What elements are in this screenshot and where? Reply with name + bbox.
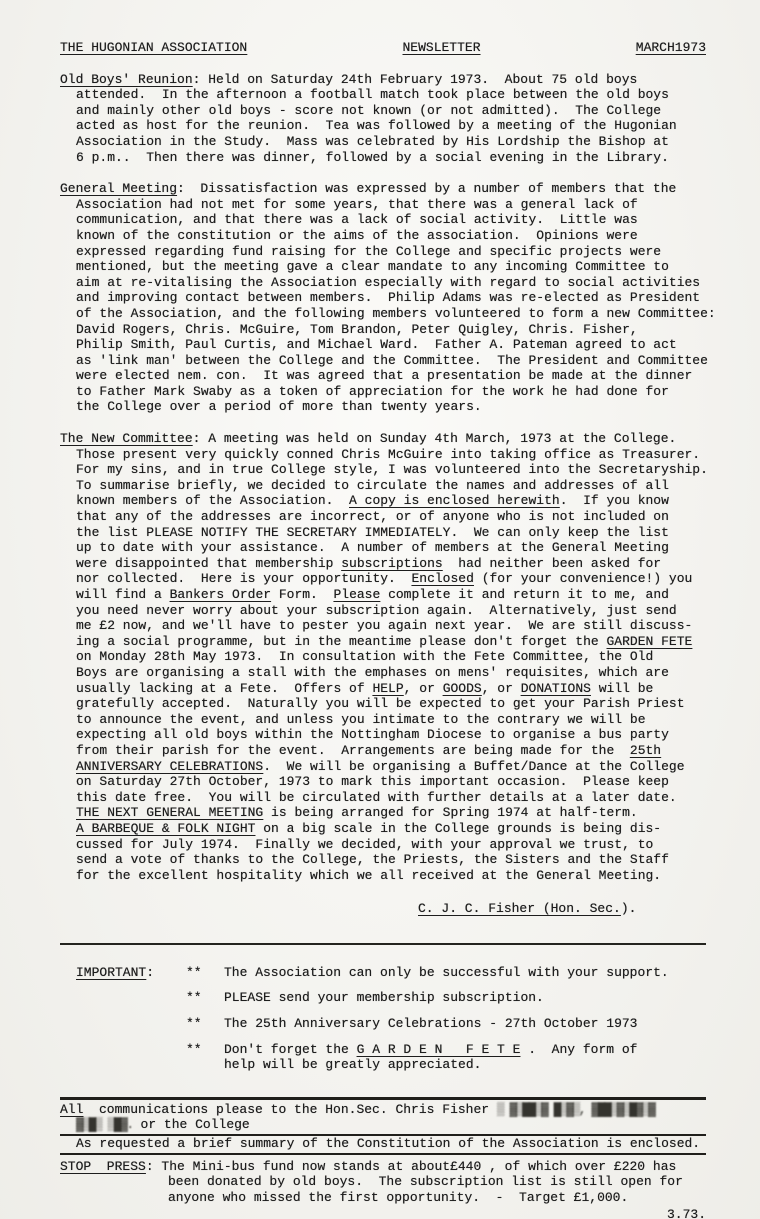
text-segment: up to date with your assistance. A numbe… [76,540,669,555]
text-segment: , or [404,681,443,696]
text-line: expressed regarding fund raising for the… [76,244,706,260]
text-segment: complete it and return it to me, and [380,587,669,602]
text-segment: . If you know [560,493,669,508]
text-segment: Form. [271,587,333,602]
text-line: To summarise briefly, we decided to circ… [76,478,706,494]
header-newsletter-title: NEWSLETTER [403,40,481,56]
page-code: 3.73. [60,1207,706,1219]
text-line: STOP PRESS: The Mini-bus fund now stands… [60,1159,706,1175]
text-segment: anyone who missed the first opportunity.… [168,1190,628,1205]
text-line: and improving contact between members. P… [76,290,706,306]
text-line: for the excellent hospitality which we a… [76,868,706,884]
text-segment: communication, and that there was a lack… [76,212,638,227]
text-segment: as 'link man' between the College and th… [76,353,708,368]
text-line: expecting all old boys within the Nottin… [76,727,706,743]
text-line: known members of the Association. A copy… [76,493,706,509]
text-line: usually lacking at a Fete. Offers of HEL… [76,681,706,697]
text-segment: been donated by old boys. The subscripti… [168,1174,683,1189]
text-segment: nor collected. Here is your opportunity. [76,571,411,586]
newsletter-page: THE HUGONIAN ASSOCIATION NEWSLETTER MARC… [0,0,760,1219]
text-line: 6 p.m.. Then there was dinner, followed … [76,150,706,166]
text-segment: To summarise briefly, we decided to circ… [76,478,669,493]
text-segment: The New Committee [60,431,193,446]
text-segment: on a big scale in the College grounds is… [255,821,661,836]
bullet-stars: ** [186,990,224,1006]
text-line: were elected nem. con. It was agreed tha… [76,368,706,384]
text-line: help will be greatly appreciated. [224,1057,637,1073]
text-segment: Association had not met for some years, … [76,197,638,212]
text-line: and mainly other old boys - score not kn… [76,103,706,119]
text-segment: Boys are organising a stall with the emp… [76,665,669,680]
text-segment: will find a [76,587,170,602]
important-items: **The Association can only be successful… [186,965,706,1083]
text-segment: of the Association, and the following me… [76,306,716,321]
text-segment: DONATIONS [521,681,591,696]
text-segment: ing a social programme, but in the meant… [76,634,607,649]
text-segment: For my sins, and in true College style, … [76,462,708,477]
important-label: IMPORTANT: [76,965,186,1083]
text-segment: All [60,1102,83,1117]
text-segment: ). [621,901,637,916]
text-line: The Association can only be successful w… [224,965,669,981]
constitution-note-text: As requested a brief summary of the Cons… [60,1136,700,1151]
text-segment: on Monday 28th May 1973. In consultation… [76,649,653,664]
text-segment: Bankers Order [170,587,271,602]
text-line: to announce the event, and unless you in… [76,712,706,728]
text-line: up to date with your assistance. A numbe… [76,540,706,556]
paragraph-new-committee: The New Committee: A meeting was held on… [60,431,706,883]
text-segment: subscriptions [341,556,442,571]
header-association-title: THE HUGONIAN ASSOCIATION [60,40,247,56]
text-segment: the College over a period of more than t… [76,399,482,414]
text-line: me £2 now, and we'll have to pester you … [76,618,706,634]
text-segment: : A meeting was held on Sunday 4th March… [193,431,677,446]
text-segment: cussed for July 1974. Finally we decided… [76,837,653,852]
communications-line: All communications please to the Hon.Sec… [60,1102,706,1118]
text-segment: 25th [630,743,661,758]
text-line: you need never worry about your subscrip… [76,603,706,619]
important-section: IMPORTANT: **The Association can only be… [60,965,706,1083]
text-segment: usually lacking at a Fete. Offers of [76,681,372,696]
text-line: to Father Mark Swaby as a token of appre… [76,384,706,400]
text-line: attended. In the afternoon a football ma… [76,87,706,103]
text-line: communication, and that there was a lack… [76,212,706,228]
text-line: were disappointed that membership subscr… [76,556,706,572]
text-line: Old Boys' Reunion: Held on Saturday 24th… [60,72,706,88]
text-segment: , or [482,681,521,696]
text-line: Association in the Study. Mass was celeb… [76,134,706,150]
text-line: that any of the addresses are incorrect,… [76,509,706,525]
text-segment: Old Boys' Reunion [60,72,193,87]
text-segment: A BARBEQUE & FOLK NIGHT [76,821,255,836]
text-segment: : Dissatisfaction was expressed by a num… [177,181,676,196]
text-segment: that any of the addresses are incorrect,… [76,509,669,524]
text-line: acted as host for the reunion. Tea was f… [76,118,706,134]
text-segment: Enclosed [411,571,473,586]
signature-hon-sec: C. J. C. Fisher (Hon. Sec.). [418,901,706,917]
text-line: ANNIVERSARY CELEBRATIONS. We will be org… [76,759,706,775]
text-segment: aim at re-vitalising the Association esp… [76,275,700,290]
text-line: Those present very quickly conned Chris … [76,447,706,463]
text-line: anyone who missed the first opportunity.… [168,1190,706,1206]
text-line: send a vote of thanks to the College, th… [76,852,706,868]
text-segment: GARDEN FETE [607,634,693,649]
important-item: **Don't forget the G A R D E N F E T E .… [186,1042,706,1073]
text-segment: ANNIVERSARY CELEBRATIONS [76,759,263,774]
text-line: on Monday 28th May 1973. In consultation… [76,649,706,665]
important-item: **The 25th Anniversary Celebrations - 27… [186,1016,706,1032]
text-line: David Rogers, Chris. McGuire, Tom Brando… [76,322,706,338]
text-line: the list PLEASE NOTIFY THE SECRETARY IMM… [76,525,706,541]
text-segment: expecting all old boys within the Nottin… [76,727,669,742]
constitution-note: As requested a brief summary of the Cons… [60,1136,706,1155]
text-segment: The Association can only be successful w… [224,965,669,980]
text-segment: (for your convenience!) you [474,571,692,586]
text-line: nor collected. Here is your opportunity.… [76,571,706,587]
text-line: as 'link man' between the College and th… [76,353,706,369]
page-header: THE HUGONIAN ASSOCIATION NEWSLETTER MARC… [60,40,706,56]
text-segment: C. J. C. Fisher (Hon. Sec. [418,901,621,916]
text-line: of the Association, and the following me… [76,306,706,322]
text-segment: mentioned, but the meeting gave a clear … [76,259,669,274]
text-segment: General Meeting [60,181,177,196]
bullet-stars: ** [186,1016,224,1032]
text-segment: had neither been asked for [443,556,661,571]
text-segment: send a vote of thanks to the College, th… [76,852,669,867]
text-line: will find a Bankers Order Form. Please c… [76,587,706,603]
text-segment: were elected nem. con. It was agreed tha… [76,368,692,383]
text-segment: attended. In the afternoon a football ma… [76,87,669,102]
text-segment: : Held on Saturday 24th February 1973. A… [193,72,638,87]
communications-line-2: ▓▒█▒ ▒█▓. or the College [60,1117,706,1136]
text-segment: IMPORTANT [76,965,146,980]
text-segment: PLEASE send your membership subscription… [224,990,544,1005]
text-segment: and mainly other old boys - score not kn… [76,103,661,118]
paragraph-old-boys-reunion: Old Boys' Reunion: Held on Saturday 24th… [60,72,706,166]
text-line: Don't forget the G A R D E N F E T E . A… [224,1042,637,1058]
header-date: MARCH1973 [636,40,706,56]
important-item-text: PLEASE send your membership subscription… [224,990,544,1006]
text-segment: G A R D E N F E T E [357,1042,521,1057]
text-segment: to announce the event, and unless you in… [76,712,646,727]
text-segment: expressed regarding fund raising for the… [76,244,661,259]
text-segment: THE NEXT GENERAL MEETING [76,805,263,820]
text-segment: Please [333,587,380,602]
text-segment: to Father Mark Swaby as a token of appre… [76,384,669,399]
text-line: The 25th Anniversary Celebrations - 27th… [224,1016,637,1032]
text-segment: A copy is enclosed herewith [349,493,560,508]
text-line: Boys are organising a stall with the emp… [76,665,706,681]
text-segment: Association in the Study. Mass was celeb… [76,134,669,149]
text-segment: David Rogers, Chris. McGuire, Tom Brando… [76,322,638,337]
text-line: THE NEXT GENERAL MEETING is being arrang… [76,805,706,821]
text-line: aim at re-vitalising the Association esp… [76,275,706,291]
text-line: on Saturday 27th October, 1973 to mark t… [76,774,706,790]
important-item: **The Association can only be successful… [186,965,706,981]
text-segment: on Saturday 27th October, 1973 to mark t… [76,774,669,789]
text-segment: will be [591,681,653,696]
important-item-text: Don't forget the G A R D E N F E T E . A… [224,1042,637,1073]
text-line: the College over a period of more than t… [76,399,706,415]
text-segment: gratefully accepted. Naturally you will … [76,696,685,711]
bullet-stars: ** [186,1042,224,1073]
text-segment: HELP [372,681,403,696]
text-segment: this date free. You will be circulated w… [76,790,677,805]
important-item-text: The 25th Anniversary Celebrations - 27th… [224,1016,637,1032]
text-segment: GOODS [443,681,482,696]
text-segment: and improving contact between members. P… [76,290,700,305]
text-segment: Philip Smith, Paul Curtis, and Michael W… [76,337,677,352]
text-segment: : The Mini-bus fund now stands at about£… [146,1159,677,1174]
paragraph-general-meeting: General Meeting: Dissatisfaction was exp… [60,181,706,415]
text-segment: me £2 now, and we'll have to pester you … [76,618,692,633]
text-line: PLEASE send your membership subscription… [224,990,544,1006]
text-segment: or the College [133,1117,250,1132]
text-segment: is being arranged for Spring 1974 at hal… [263,805,637,820]
text-segment: : [146,965,154,980]
text-segment: The 25th Anniversary Celebrations - 27th… [224,1016,637,1031]
text-segment: Those present very quickly conned Chris … [76,447,700,462]
text-segment: Don't forget the [224,1042,357,1057]
text-line: General Meeting: Dissatisfaction was exp… [60,181,706,197]
text-segment: known members of the Association. [76,493,349,508]
text-line: ing a social programme, but in the meant… [76,634,706,650]
text-segment: . Any form of [520,1042,637,1057]
text-line: from their parish for the event. Arrange… [76,743,706,759]
text-segment: known of the constitution or the aims of… [76,228,638,243]
text-line: The New Committee: A meeting was held on… [60,431,706,447]
text-line: cussed for July 1974. Finally we decided… [76,837,706,853]
text-segment: for the excellent hospitality which we a… [76,868,661,883]
stop-press-section: STOP PRESS: The Mini-bus fund now stands… [60,1159,706,1206]
text-line: this date free. You will be circulated w… [76,790,706,806]
text-segment: the list PLEASE NOTIFY THE SECRETARY IMM… [76,525,669,540]
important-item: **PLEASE send your membership subscripti… [186,990,706,1006]
text-segment: . We will be organising a Buffet/Dance a… [263,759,684,774]
divider-rule [60,943,706,945]
text-line: mentioned, but the meeting gave a clear … [76,259,706,275]
bullet-stars: ** [186,965,224,981]
footer-section: All communications please to the Hon.Sec… [60,1097,706,1155]
text-segment: 6 p.m.. Then there was dinner, followed … [76,150,669,165]
redacted-scribble: ▓▒█▒ ▒█▓. [76,1117,133,1132]
text-line: Association had not met for some years, … [76,197,706,213]
text-segment: you need never worry about your subscrip… [76,603,677,618]
text-line: A BARBEQUE & FOLK NIGHT on a big scale i… [76,821,706,837]
redacted-scribble: ▒ ▓▒██▒▓ █▒▓▒, ▓██▒▓▒█▓▒▓ [497,1102,655,1117]
text-segment: from their parish for the event. Arrange… [76,743,630,758]
text-line: gratefully accepted. Naturally you will … [76,696,706,712]
text-line: known of the constitution or the aims of… [76,228,706,244]
text-segment: acted as host for the reunion. Tea was f… [76,118,677,133]
text-segment: were disappointed that membership [76,556,341,571]
text-line: been donated by old boys. The subscripti… [168,1174,706,1190]
text-segment: STOP PRESS [60,1159,146,1174]
text-segment: communications please to the Hon.Sec. Ch… [83,1102,496,1117]
text-line: For my sins, and in true College style, … [76,462,706,478]
important-item-text: The Association can only be successful w… [224,965,669,981]
text-line: Philip Smith, Paul Curtis, and Michael W… [76,337,706,353]
text-segment: help will be greatly appreciated. [224,1057,481,1072]
